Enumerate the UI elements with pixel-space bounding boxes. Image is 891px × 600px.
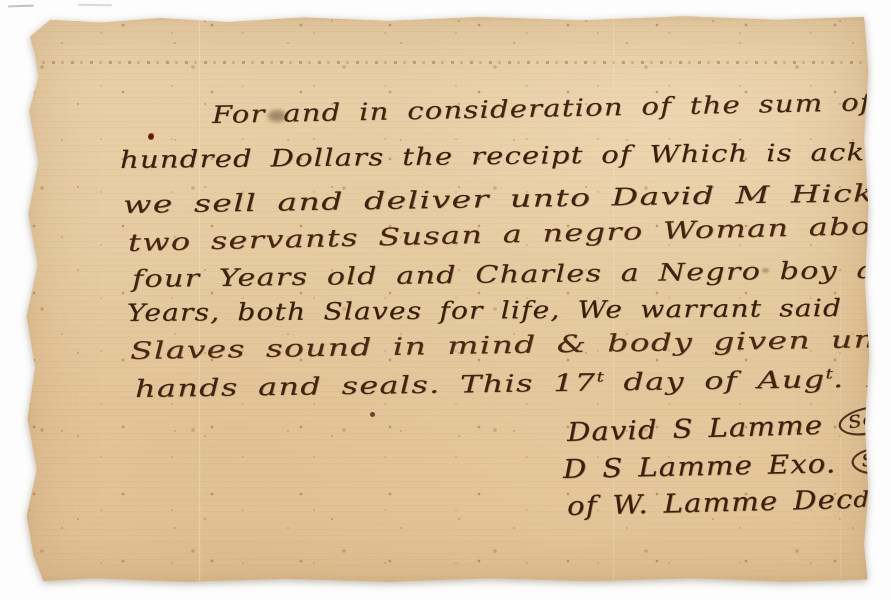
handwritten-line-7: Slaves sound in mind & body given under … — [130, 324, 891, 366]
signature-name: of W. Lamme Dec — [567, 485, 854, 522]
signature-david-s-lamme: David S Lamme Seal — [567, 409, 891, 448]
seal-scrawl: Seal — [836, 401, 891, 439]
signature-superscript: d — [853, 487, 870, 512]
fox-mark — [370, 412, 375, 417]
scan-stray-mark — [8, 5, 34, 8]
seal-scrawl: Seal — [850, 443, 891, 476]
signature-name: D S Lamme Exo. — [563, 449, 837, 485]
handwritten-line-6: Years, both Slaves for life, We warrant … — [127, 295, 842, 328]
handwritten-line-1: For and in consideration of the sum of s… — [212, 87, 891, 129]
ink-speck — [148, 133, 154, 140]
handwritten-line-2: hundred Dollars the receipt of Which is … — [120, 138, 891, 175]
handwritten-line-date: hands and seals. This 17t day of Augt. 1… — [135, 365, 891, 404]
date-line-suffix: . 1842 — [833, 364, 891, 394]
scan-stray-mark — [78, 4, 112, 7]
document-paper: For and in consideration of the sum of s… — [25, 14, 870, 584]
horizontal-fold-crease — [33, 61, 862, 64]
signature-name: David S Lamme — [567, 411, 824, 448]
signature-of-w-lamme-deceased: of W. Lamme Decd — [567, 485, 871, 522]
handwritten-line-5: four Years old and Charles a Negro boy a… — [132, 255, 891, 294]
scanned-document-background: For and in consideration of the sum of s… — [0, 0, 891, 600]
date-line-mid: day of Aug — [604, 365, 826, 396]
date-line-prefix: hands and seals. This 17 — [135, 369, 597, 403]
